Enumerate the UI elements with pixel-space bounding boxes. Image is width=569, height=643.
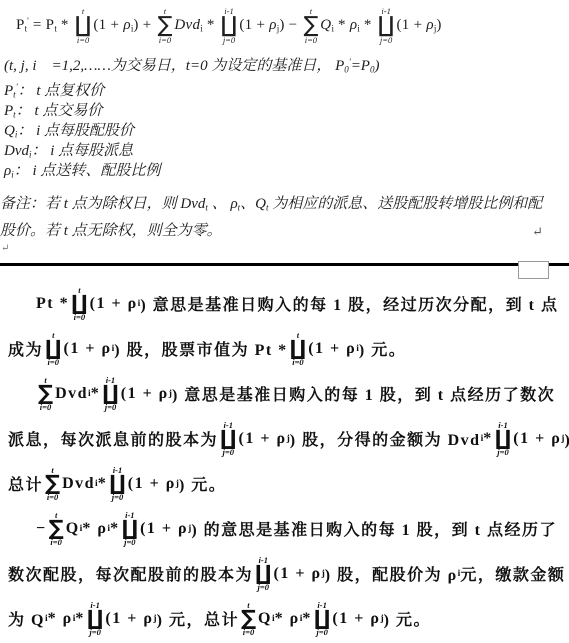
product-operator: t∐i=0 [45, 331, 62, 367]
product-operator: i-1∐j=0 [221, 7, 238, 44]
remark-line-1: 备注：若 t 点为除权日，则 Dvdt 、 ρt、Qt 为相应的派息、送股配股转… [0, 191, 565, 218]
product-operator: i-1∐j=0 [495, 421, 512, 457]
product-operator: i-1∐j=0 [109, 466, 126, 502]
product-operator: t∐i=0 [290, 331, 307, 367]
explain-p3-line2: 数次配股，每次配股前的股本为 i-1∐j=0(1 + ρj) 股，配股价为 ρi… [0, 551, 569, 596]
sum-operator: t∑i=0 [303, 7, 318, 44]
remark-line-2: ↵ 股价。若 t 点无除权，则全为零。 [0, 218, 565, 245]
sum-operator: t∑i=0 [45, 466, 60, 502]
sum-operator: t∑i=0 [241, 601, 256, 637]
explain-p2-line1: t∑i=0 Dvdi * i-1∐j=0(1 + ρj) 意思是基准日购入的每 … [0, 371, 569, 416]
product-operator: t∐i=0 [71, 286, 88, 322]
sum-operator: t∑i=0 [49, 511, 64, 547]
explain-p3-line1: − t∑i=0 Qi * ρi * i-1∐j=0(1 + ρj) 的意思是基准… [0, 506, 569, 551]
product-operator: i-1∐j=0 [314, 601, 331, 637]
explain-p1-line1: Pt * t∐i=0(1 + ρi) 意思是基准日购入的每 1 股，经过历次分配… [0, 281, 569, 326]
symbol-definitions: Pt'： t 点复权价 Pt： t 点交易价 Qi： i 点每股配股价 Dvdi… [4, 81, 569, 181]
definition-dividend: Dvdi： i 点每股派息 [4, 141, 569, 161]
section-divider [0, 259, 569, 279]
formula-conditions: (t, j, i =1,2,……为交易日，t=0 为设定的基准日， P0'=P0… [4, 54, 569, 75]
adjusted-price-formula: Pt' = Pt * t∐i=0(1 + ρi) + t∑i=0Dvdi * i… [0, 0, 569, 44]
definition-trade-price: Pt： t 点交易价 [4, 101, 569, 121]
remark-paragraph: 备注：若 t 点为除权日，则 Dvdt 、 ρt、Qt 为相应的派息、送股配股转… [0, 191, 565, 245]
sum-operator: t∑i=0 [158, 7, 173, 44]
explain-p2-line3: 总计 t∑i=0 Dvdi * i-1∐j=0(1 + ρj) 元。 [0, 461, 569, 506]
product-operator: i-1∐j=0 [87, 601, 104, 637]
sum-operator: t∑i=0 [38, 376, 53, 412]
explain-p3-line3: 为 Qi * ρi * i-1∐j=0(1 + ρj) 元，总计 t∑i=0 Q… [0, 596, 569, 641]
product-operator: t∐i=0 [75, 7, 92, 44]
product-operator: i-1∐j=0 [220, 421, 237, 457]
paragraph-return-mark: ↵ [532, 218, 543, 245]
definition-ratio: ρi： i 点送转、配股比例 [4, 161, 569, 181]
explain-p1-line2: 成为 t∐i=0(1 + ρi) 股，股票市值为 Pt * t∐i=0(1 + … [0, 326, 569, 371]
product-operator: i-1∐j=0 [378, 7, 395, 44]
product-operator: i-1∐j=0 [255, 556, 272, 592]
product-operator: i-1∐j=0 [122, 511, 139, 547]
product-operator: i-1∐j=0 [102, 376, 119, 412]
divider-line [0, 263, 569, 266]
remark-line-2-text: 股价。若 t 点无除权，则全为零。 [0, 223, 222, 239]
definition-adjusted-price: Pt'： t 点复权价 [4, 81, 569, 101]
stray-paragraph-mark: ↵ [1, 243, 9, 254]
section-break-box [518, 261, 549, 279]
document-page: Pt' = Pt * t∐i=0(1 + ρi) + t∑i=0Dvdi * i… [0, 0, 569, 643]
explain-p2-line2: 派息，每次派息前的股本为 i-1∐j=0(1 + ρj) 股，分得的金额为 Dv… [0, 416, 569, 461]
definition-rights-price: Qi： i 点每股配股价 [4, 121, 569, 141]
explanation-body: Pt * t∐i=0(1 + ρi) 意思是基准日购入的每 1 股，经过历次分配… [0, 281, 569, 641]
